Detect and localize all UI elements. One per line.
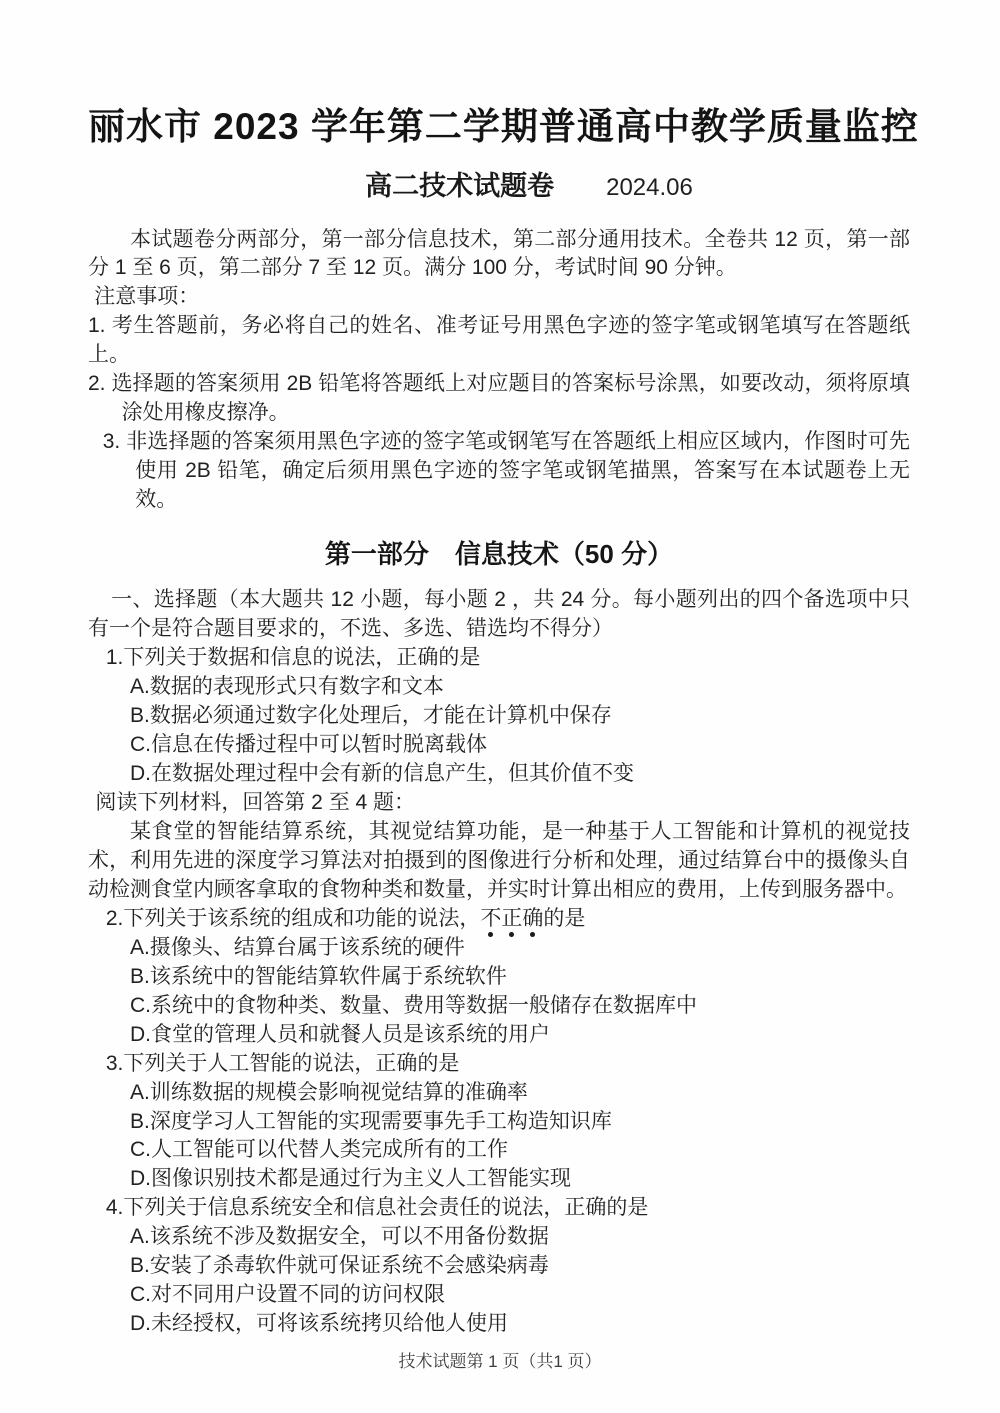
stem-text: 的是 (543, 907, 585, 930)
question-stem: 4.下列关于信息系统安全和信息社会责任的说法，正确的是 (106, 1194, 910, 1223)
page-title: 丽水市 2023 学年第二学期普通高中教学质量监控 (88, 104, 910, 150)
question: 2.下列关于该系统的组成和功能的说法，不正确的是 A.摄像头、结算台属于该系统的… (88, 905, 910, 1050)
stem-text: 3.下列关于人工智能的说法，正确的是 (106, 1052, 460, 1075)
stem-text: 2.下列关于该系统的组成和功能的说法， (106, 907, 481, 930)
intro-paragraph: 本试题卷分两部分，第一部分信息技术，第二部分通用技术。全卷共 12 页，第一部分… (88, 226, 910, 284)
question-option: C.系统中的食物种类、数量、费用等数据一般储存在数据库中 (130, 992, 910, 1021)
question-option: A.摄像头、结算台属于该系统的硬件 (130, 934, 910, 963)
reading-material: 某食堂的智能结算系统，其视觉结算功能，是一种基于人工智能和计算机的视觉技术，利用… (88, 818, 910, 905)
question: 1.下列关于数据和信息的说法，正确的是 A.数据的表现形式只有数字和文本B.数据… (88, 644, 910, 789)
question-options: A.训练数据的规模会影响视觉结算的准确率B.深度学习人工智能的实现需要事先手工构… (88, 1079, 910, 1195)
question-option: B.数据必须通过数字化处理后，才能在计算机中保存 (130, 702, 910, 731)
section-intro: 一、选择题（本大题共 12 小题，每小题 2 ，共 24 分。每小题列出的四个备… (88, 586, 910, 644)
question-option: D.图像识别技术都是通过行为主义人工智能实现 (130, 1165, 910, 1194)
paper-date: 2024.06 (606, 174, 693, 201)
question: 3.下列关于人工智能的说法，正确的是 A.训练数据的规模会影响视觉结算的准确率B… (88, 1050, 910, 1195)
notice-title: 注意事项： (94, 283, 910, 312)
question-stem: 1.下列关于数据和信息的说法，正确的是 (106, 644, 910, 673)
question-option: B.该系统中的智能结算软件属于系统软件 (130, 963, 910, 992)
questions: 1.下列关于数据和信息的说法，正确的是 A.数据的表现形式只有数字和文本B.数据… (88, 644, 910, 1339)
question-option: D.未经授权，可将该系统拷贝给他人使用 (130, 1310, 910, 1339)
question-option: A.数据的表现形式只有数字和文本 (130, 673, 910, 702)
paper-subtitle: 高二技术试题卷 (365, 171, 554, 201)
question-option: B.深度学习人工智能的实现需要事先手工构造知识库 (130, 1108, 910, 1137)
question-option: B.安装了杀毒软件就可保证系统不会感染病毒 (130, 1252, 910, 1281)
question-options: A.该系统不涉及数据安全，可以不用备份数据B.安装了杀毒软件就可保证系统不会感染… (88, 1223, 910, 1339)
question-stem: 3.下列关于人工智能的说法，正确的是 (106, 1050, 910, 1079)
question-option: A.该系统不涉及数据安全，可以不用备份数据 (130, 1223, 910, 1252)
notice-item-3: 3. 非选择题的答案须用黑色字迹的签字笔或钢笔写在答题纸上相应区域内，作图时可先… (103, 428, 910, 515)
question-option: D.在数据处理过程中会有新的信息产生，但其价值不变 (130, 760, 910, 789)
reading-note: 阅读下列材料，回答第 2 至 4 题： (95, 789, 910, 818)
question-option: D.食堂的管理人员和就餐人员是该系统的用户 (130, 1021, 910, 1050)
question-option: C.信息在传播过程中可以暂时脱离载体 (130, 731, 910, 760)
stem-text: 1.下列关于数据和信息的说法，正确的是 (106, 646, 481, 669)
question-option: A.训练数据的规模会影响视觉结算的准确率 (130, 1079, 910, 1108)
notice-item-2: 2. 选择题的答案须用 2B 铅笔将答题纸上对应题目的答案标号涂黑，如要改动，须… (88, 370, 910, 428)
notice-item-1: 1. 考生答题前，务必将自己的姓名、准考证号用黑色字迹的签字笔或钢笔填写在答题纸… (88, 312, 910, 370)
question-options: A.数据的表现形式只有数字和文本B.数据必须通过数字化处理后，才能在计算机中保存… (88, 673, 910, 789)
question: 4.下列关于信息系统安全和信息社会责任的说法，正确的是 A.该系统不涉及数据安全… (88, 1194, 910, 1339)
section-heading: 第一部分 信息技术（50 分） (88, 537, 910, 573)
question-options: A.摄像头、结算台属于该系统的硬件B.该系统中的智能结算软件属于系统软件C.系统… (88, 934, 910, 1050)
subtitle-row: 高二技术试题卷2024.06 (148, 168, 910, 205)
question-option: C.人工智能可以代替人类完成所有的工作 (130, 1136, 910, 1165)
stem-text: 4.下列关于信息系统安全和信息社会责任的说法，正确的是 (106, 1196, 649, 1219)
stem-emphasized-text: 不正确 (480, 907, 543, 938)
question-option: C.对不同用户设置不同的访问权限 (130, 1281, 910, 1310)
page-footer: 技术试题第 1 页（共1 页） (0, 1350, 1000, 1373)
exam-paper-page: 丽水市 2023 学年第二学期普通高中教学质量监控 高二技术试题卷2024.06… (0, 0, 1000, 1413)
question-stem: 2.下列关于该系统的组成和功能的说法，不正确的是 (106, 905, 910, 934)
